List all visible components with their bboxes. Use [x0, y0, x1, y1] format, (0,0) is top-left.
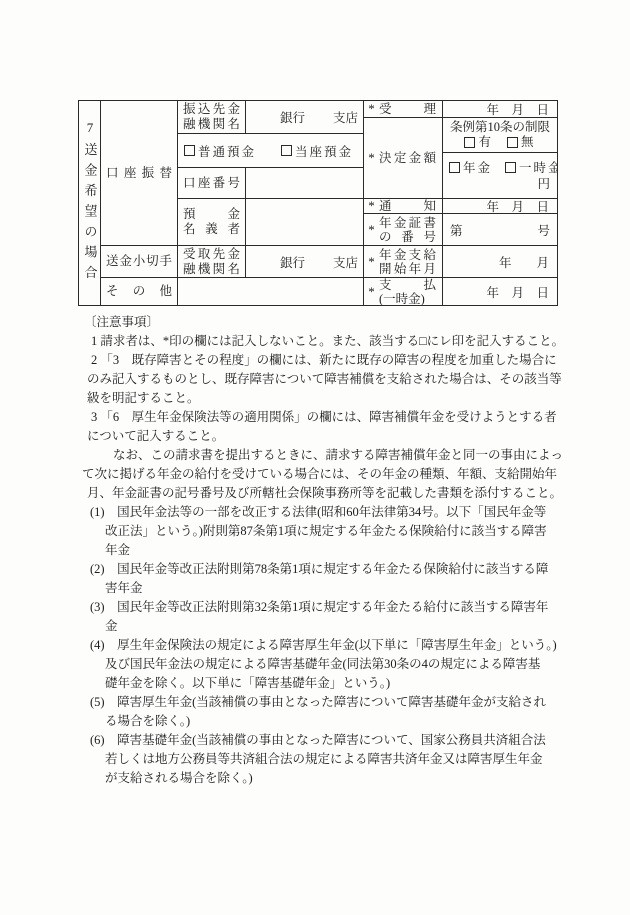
bank-suffix: 銀行	[280, 253, 305, 271]
bank-suffix: 銀行	[280, 108, 305, 126]
branch-suffix: 支店	[333, 108, 358, 126]
holder-label-cell: 預金 名義者	[178, 199, 246, 246]
note-line: (4) 厚生年金保険法の規定による障害厚生年金(以下単に「障害厚生年金」という。…	[0, 636, 630, 655]
note-line: 3 「6 厚生年金保険法等の適用関係」の欄には、障害補償年金を受けようとする者	[0, 408, 630, 427]
checkbox-restriction-no[interactable]	[507, 137, 518, 148]
lump-sum-option: 一時金	[505, 160, 558, 176]
receipt-label-cell: * 受理	[364, 101, 443, 118]
section-label: 7送金希望の場合	[79, 120, 101, 286]
note-line: (2) 国民年金等改正法附則第78条第1項に規定する年金たる保険給付に該当する障	[0, 560, 630, 579]
asterisk-mark: *	[364, 284, 379, 300]
deposit-type-cell: 普通預金 当座預金	[178, 134, 364, 168]
other-label: その他	[106, 284, 172, 299]
checkbox-pension[interactable]	[449, 162, 460, 173]
checkbox-lump-sum[interactable]	[505, 162, 516, 173]
holder-label-line2: 名義者	[183, 222, 240, 237]
decided-amount-label: 決定金額	[379, 151, 436, 165]
note-line: る場合を除く。)	[0, 712, 630, 731]
notice-label-cell: * 通知	[364, 199, 443, 214]
checkbox-ordinary-deposit[interactable]	[184, 145, 195, 156]
section-header-cell: 7送金希望の場合	[79, 101, 101, 306]
other-cell: その他	[101, 278, 178, 306]
other-input-area[interactable]	[178, 278, 364, 306]
receipt-label: 受理	[379, 102, 436, 116]
account-number-input-area[interactable]	[246, 168, 364, 199]
date-placeholder: 年 月	[499, 253, 549, 271]
restriction-no-label: 無	[521, 135, 536, 150]
amount-type-cell: 年金 一時金 円	[443, 153, 558, 199]
payment-label-cell: * 支払 (一時金)	[364, 278, 443, 306]
receiving-bank-label-line1: 受取先金	[183, 247, 240, 262]
note-line: (6) 障害基礎年金(当該補償の事由となった障害について、国家公務員共済組合法	[0, 731, 630, 750]
account-transfer-label: 口座振替	[106, 166, 172, 181]
ordinary-deposit-label: 普通預金	[198, 142, 256, 160]
current-deposit-option: 当座預金	[281, 142, 353, 160]
pension-option: 年金	[449, 160, 492, 176]
scanned-form-page: 7送金希望の場合 口座振替 送金小切手 その他 振込先金 融機関名 銀行 支店	[0, 0, 630, 915]
note-line: 改正法」という。)附則第87条第1項に規定する年金たる保険給付に該当する障害	[0, 522, 630, 541]
asterisk-mark: *	[364, 150, 379, 166]
note-line: が支給される場合を除く。)	[0, 769, 630, 788]
pension-label: 年金	[463, 160, 492, 176]
certificate-number-suffix: 号	[537, 221, 550, 239]
note-line: について記入すること。	[0, 427, 630, 446]
notes-heading: 〔注意事項〕	[0, 313, 630, 332]
transfer-bank-label-line2: 融機関名	[183, 117, 240, 132]
payment-start-label-line1: 年金支給	[379, 248, 436, 262]
payment-start-label-cell: * 年金支給 開始年月	[364, 246, 443, 278]
note-line: て次に掲げる年金の給付を受けている場合には、その年金の種類、年額、支給開始年	[0, 465, 630, 484]
current-deposit-label: 当座預金	[295, 142, 353, 160]
payment-label-line2: (一時金)	[379, 292, 436, 306]
remittance-check-label: 送金小切手	[106, 254, 172, 269]
asterisk-mark: *	[364, 254, 379, 270]
transfer-bank-input-area[interactable]: 銀行 支店	[246, 101, 364, 134]
note-line: 級を明記すること。	[0, 389, 630, 408]
receiving-bank-label-line2: 融機関名	[183, 262, 240, 277]
payment-start-label-line2: 開始年月	[379, 262, 436, 276]
account-transfer-cell: 口座振替	[101, 101, 178, 246]
note-line: (5) 障害厚生年金(当該補償の事由となった障害について障害基礎年金が支給され	[0, 693, 630, 712]
checkbox-current-deposit[interactable]	[281, 145, 292, 156]
restriction-yes-option: 有	[464, 135, 493, 150]
ordinance-restriction-cell: 条例第10条の制限 有 無	[443, 118, 558, 153]
note-line: なお、この請求書を提出するときに、請求する障害補償年金と同一の事由によっ	[0, 446, 630, 465]
date-placeholder: 年 月 日	[486, 199, 549, 214]
certificate-number-input-area[interactable]: 第 号	[443, 214, 558, 246]
account-number-label-cell: 口座番号	[178, 168, 246, 199]
notes-section: 〔注意事項〕 1 請求者は、*印の欄には記入しないこと。また、該当する□にレ印を…	[0, 313, 630, 788]
ordinary-deposit-option: 普通預金	[184, 142, 256, 160]
certificate-number-label-cell: * 年金証書 の番号	[364, 214, 443, 246]
note-line: 若しくは地方公務員等共済組合法の規定による障害共済年金又は障害厚生年金	[0, 750, 630, 769]
date-placeholder: 年 月 日	[486, 101, 549, 118]
note-line: 2 「3 既存障害とその程度」の欄には、新たに既存の障害の程度を加重した場合に	[0, 351, 630, 370]
yen-unit: 円	[443, 176, 557, 192]
note-line: (3) 国民年金等改正法附則第32条第1項に規定する年金たる給付に該当する障害年	[0, 598, 630, 617]
note-line: のみ記入するものとし、既存障害について障害補償を支給された場合は、その該当等	[0, 370, 630, 389]
account-number-label: 口座番号	[183, 176, 240, 191]
certificate-number-prefix: 第	[450, 221, 463, 239]
decided-amount-label-cell: * 決定金額	[364, 118, 443, 199]
payment-start-date-area[interactable]: 年 月	[443, 246, 558, 278]
remittance-table: 7送金希望の場合 口座振替 送金小切手 その他 振込先金 融機関名 銀行 支店	[78, 100, 558, 306]
note-line: 年金	[0, 541, 630, 560]
note-line: 金	[0, 617, 630, 636]
note-line: 害年金	[0, 579, 630, 598]
restriction-no-option: 無	[507, 135, 536, 150]
note-line: 及び国民年金法の規定による障害基礎年金(同法第30条の4の規定による障害基	[0, 655, 630, 674]
receiving-bank-label-cell: 受取先金 融機関名	[178, 246, 246, 278]
holder-input-area[interactable]	[246, 199, 364, 246]
note-line: 1 請求者は、*印の欄には記入しないこと。また、該当する□にレ印を記入すること。	[0, 332, 630, 351]
certificate-label-line1: 年金証書	[379, 216, 436, 230]
asterisk-mark: *	[364, 199, 379, 214]
checkbox-restriction-yes[interactable]	[464, 137, 475, 148]
note-line: 礎年金を除く。以下単に「障害基礎年金」という。)	[0, 674, 630, 693]
notice-date-area[interactable]: 年 月 日	[443, 199, 558, 214]
transfer-bank-label-line1: 振込先金	[183, 102, 240, 117]
transfer-bank-label-cell: 振込先金 融機関名	[178, 101, 246, 134]
remittance-check-cell: 送金小切手	[101, 246, 178, 278]
note-line: 月、年金証書の記号番号及び所轄社会保険事務所等を記載した書類を添付すること。	[0, 484, 630, 503]
notice-label: 通知	[379, 199, 436, 213]
note-line: (1) 国民年金法等の一部を改正する法律(昭和60年法律第34号。以下「国民年金…	[0, 503, 630, 522]
holder-label-line1: 預金	[183, 207, 240, 222]
certificate-label-line2: の番号	[379, 230, 436, 244]
receiving-bank-input-area[interactable]: 銀行 支店	[246, 246, 364, 278]
payment-label-line1: 支払	[379, 278, 436, 292]
payment-date-area[interactable]: 年 月 日	[443, 278, 558, 306]
ordinance-restriction-title: 条例第10条の制限	[443, 120, 557, 135]
date-placeholder: 年 月 日	[486, 283, 549, 301]
restriction-yes-label: 有	[478, 135, 493, 150]
asterisk-mark: *	[364, 222, 379, 238]
asterisk-mark: *	[364, 101, 379, 117]
lump-sum-label: 一時金	[519, 160, 558, 176]
branch-suffix: 支店	[333, 253, 358, 271]
receipt-date-area[interactable]: 年 月 日	[443, 101, 558, 118]
